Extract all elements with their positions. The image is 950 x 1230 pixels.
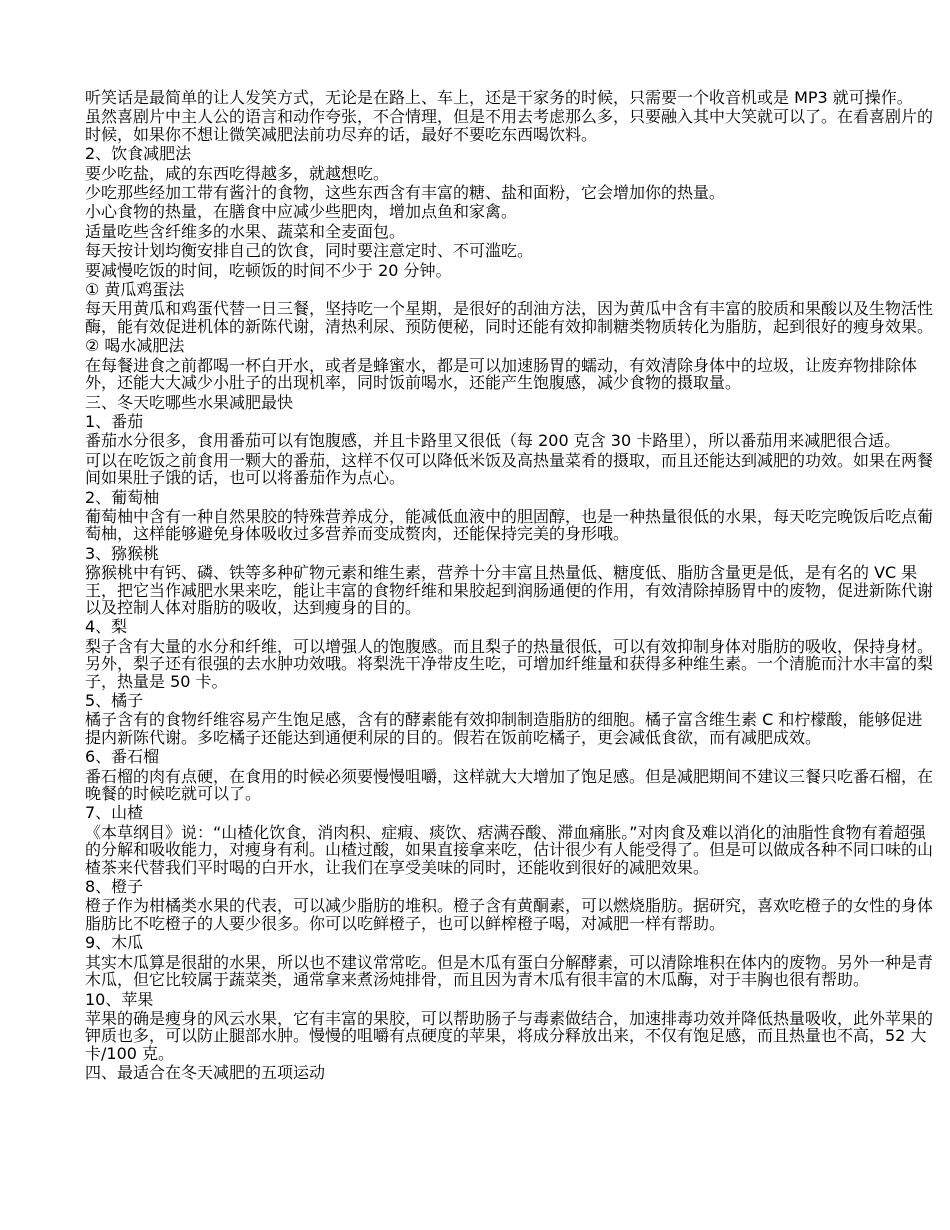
section-heading: 9、木瓜 [85,934,935,951]
section-heading: 7、山楂 [85,804,935,821]
paragraph: 小心食物的热量，在膳食中应减少些肥肉，增加点鱼和家禽。 [85,203,935,220]
paragraph: 在每餐进食之前都喝一杯白开水，或者是蜂蜜水，都是可以加速肠胃的蠕动，有效清除身体… [85,357,935,392]
section-heading: 1、番茄 [85,413,935,430]
section-heading: 4、梨 [85,618,935,635]
section-heading: ② 喝水减肥法 [85,337,935,354]
paragraph: 葡萄柚中含有一种自然果胶的特殊营养成分，能减低血液中的胆固醇，也是一种热量很低的… [85,508,935,543]
paragraph: 苹果的确是瘦身的风云水果，它有丰富的果胶，可以帮助肠子与毒素做结合，加速排毒功效… [85,1010,935,1062]
section-heading: 2、葡萄柚 [85,489,935,506]
paragraph: 橙子作为柑橘类水果的代表，可以减少脂肪的堆积。橙子含有黄酮素，可以燃烧脂肪。据研… [85,897,935,932]
paragraph: 番茄水分很多，食用番茄可以有饱腹感，并且卡路里又很低（每 200 克含 30 卡… [85,432,935,449]
section-heading: 2、饮食减肥法 [85,145,935,162]
paragraph: 要少吃盐，咸的东西吃得越多，就越想吃。 [85,165,935,182]
section-heading: ① 黄瓜鸡蛋法 [85,281,935,298]
text-content: 听笑话是最简单的让人发笑方式，无论是在路上、车上，还是干家务的时候，只需要一个收… [85,89,935,1082]
paragraph: 听笑话是最简单的让人发笑方式，无论是在路上、车上，还是干家务的时候，只需要一个收… [85,89,935,106]
paragraph: 猕猴桃中有钙、磷、铁等多种矿物元素和维生素，营养十分丰富且热量低、糖度低、脂肪含… [85,564,935,616]
paragraph: 梨子含有大量的水分和纤维，可以增强人的饱腹感。而且梨子的热量很低，可以有效抑制身… [85,638,935,690]
section-heading: 8、橙子 [85,878,935,895]
section-heading: 3、猕猴桃 [85,545,935,562]
section-heading: 6、番石榴 [85,748,935,765]
paragraph: 每天用黄瓜和鸡蛋代替一日三餐，坚持吃一个星期，是很好的刮油方法，因为黄瓜中含有丰… [85,300,935,335]
paragraph: 少吃那些经加工带有酱汁的食物，这些东西含有丰富的糖、盐和面粉，它会增加你的热量。 [85,184,935,201]
document-page: 听笑话是最简单的让人发笑方式，无论是在路上、车上，还是干家务的时候，只需要一个收… [0,0,950,1230]
paragraph: 可以在吃饭之前食用一颗大的番茄，这样不仅可以降低米饭及高热量菜肴的摄取，而且还能… [85,452,935,487]
section-heading: 四、最适合在冬天减肥的五项运动 [85,1064,935,1081]
paragraph: 橘子含有的食物纤维容易产生饱足感，含有的酵素能有效抑制制造脂肪的细胞。橘子富含维… [85,711,935,746]
paragraph: 虽然喜剧片中主人公的语言和动作夸张，不合情理，但是不用去考虑那么多，只要融入其中… [85,108,935,143]
paragraph: 要减慢吃饭的时间，吃顿饭的时间不少于 20 分钟。 [85,262,935,279]
paragraph: 《本草纲目》说：“山楂化饮食，消肉积、症瘕、痰饮、痞满吞酸、滞血痛胀。”对肉食及… [85,824,935,876]
paragraph: 每天按计划均衡安排自己的饮食，同时要注意定时、不可滥吃。 [85,242,935,259]
section-heading: 5、橘子 [85,692,935,709]
section-heading: 10、苹果 [85,991,935,1008]
paragraph: 番石榴的肉有点硬，在食用的时候必须要慢慢咀嚼，这样就大大增加了饱足感。但是减肥期… [85,768,935,803]
section-heading: 三、冬天吃哪些水果减肥最快 [85,394,935,411]
paragraph: 其实木瓜算是很甜的水果，所以也不建议常常吃。但是木瓜有蛋白分解酵素，可以清除堆积… [85,954,935,989]
paragraph: 适量吃些含纤维多的水果、蔬菜和全麦面包。 [85,223,935,240]
